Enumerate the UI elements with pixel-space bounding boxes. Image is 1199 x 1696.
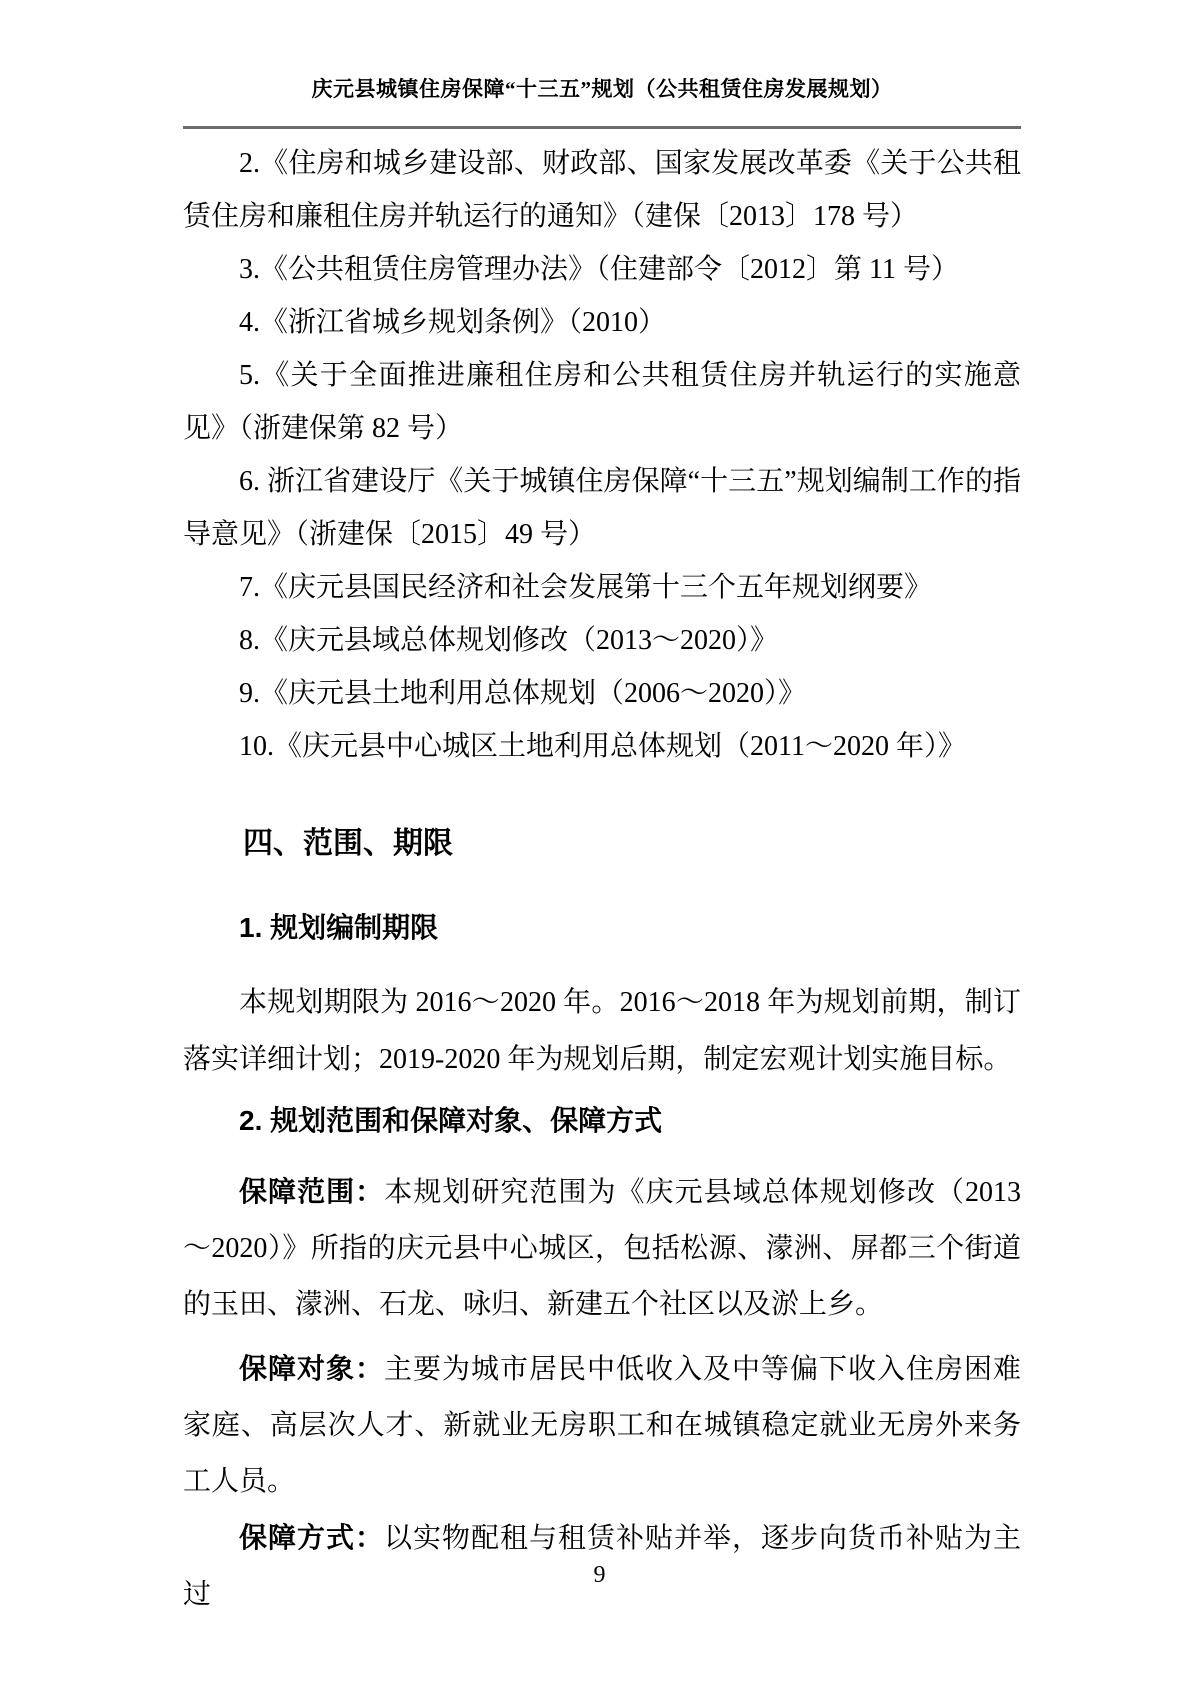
paragraph-lead-scope: 保障范围： (239, 1176, 384, 1207)
paragraph-planning-period: 本规划期限为 2016～2020 年。2016～2018 年为规划前期，制订落实… (183, 974, 1021, 1088)
reference-item: 7.《庆元县国民经济和社会发展第十三个五年规划纲要》 (183, 561, 1021, 614)
header-rule (183, 126, 1021, 129)
running-header-title: 庆元县城镇住房保障“十三五”规划（公共租赁住房发展规划） (183, 76, 1021, 102)
reference-item: 2.《住房和城乡建设部、财政部、国家发展改革委《关于公共租赁住房和廉租住房并轨运… (183, 137, 1021, 243)
paragraph-lead-target: 保障对象： (239, 1353, 384, 1384)
reference-item: 9.《庆元县土地利用总体规划（2006～2020）》 (183, 667, 1021, 720)
section-title: 四、范围、期限 (183, 826, 1021, 862)
reference-item: 3.《公共租赁住房管理办法》（住建部令〔2012〕第 11 号） (183, 243, 1021, 296)
paragraph-guarantee-scope: 保障范围：本规划研究范围为《庆元县域总体规划修改（2013～2020）》所指的庆… (183, 1164, 1021, 1333)
reference-list: 2.《住房和城乡建设部、财政部、国家发展改革委《关于公共租赁住房和廉租住房并轨运… (183, 137, 1021, 773)
reference-item: 4.《浙江省城乡规划条例》（2010） (183, 296, 1021, 349)
paragraph-lead-method: 保障方式： (239, 1522, 384, 1553)
page-number: 9 (0, 1560, 1199, 1590)
document-page: 庆元县城镇住房保障“十三五”规划（公共租赁住房发展规划） 2.《住房和城乡建设部… (0, 0, 1199, 1696)
reference-item: 5.《关于全面推进廉租住房和公共租赁住房并轨运行的实施意见》（浙建保第 82 号… (183, 349, 1021, 455)
subsection-title-planning-period: 1. 规划编制期限 (183, 911, 1021, 945)
reference-item: 8.《庆元县域总体规划修改（2013～2020）》 (183, 614, 1021, 667)
reference-item: 10.《庆元县中心城区土地利用总体规划（2011～2020 年）》 (183, 720, 1021, 773)
subsection-title-scope-targets: 2. 规划范围和保障对象、保障方式 (183, 1104, 1021, 1138)
paragraph-guarantee-target: 保障对象：主要为城市居民中低收入及中等偏下收入住房困难家庭、高层次人才、新就业无… (183, 1341, 1021, 1510)
reference-item: 6. 浙江省建设厅《关于城镇住房保障“十三五”规划编制工作的指导意见》（浙建保〔… (183, 455, 1021, 561)
